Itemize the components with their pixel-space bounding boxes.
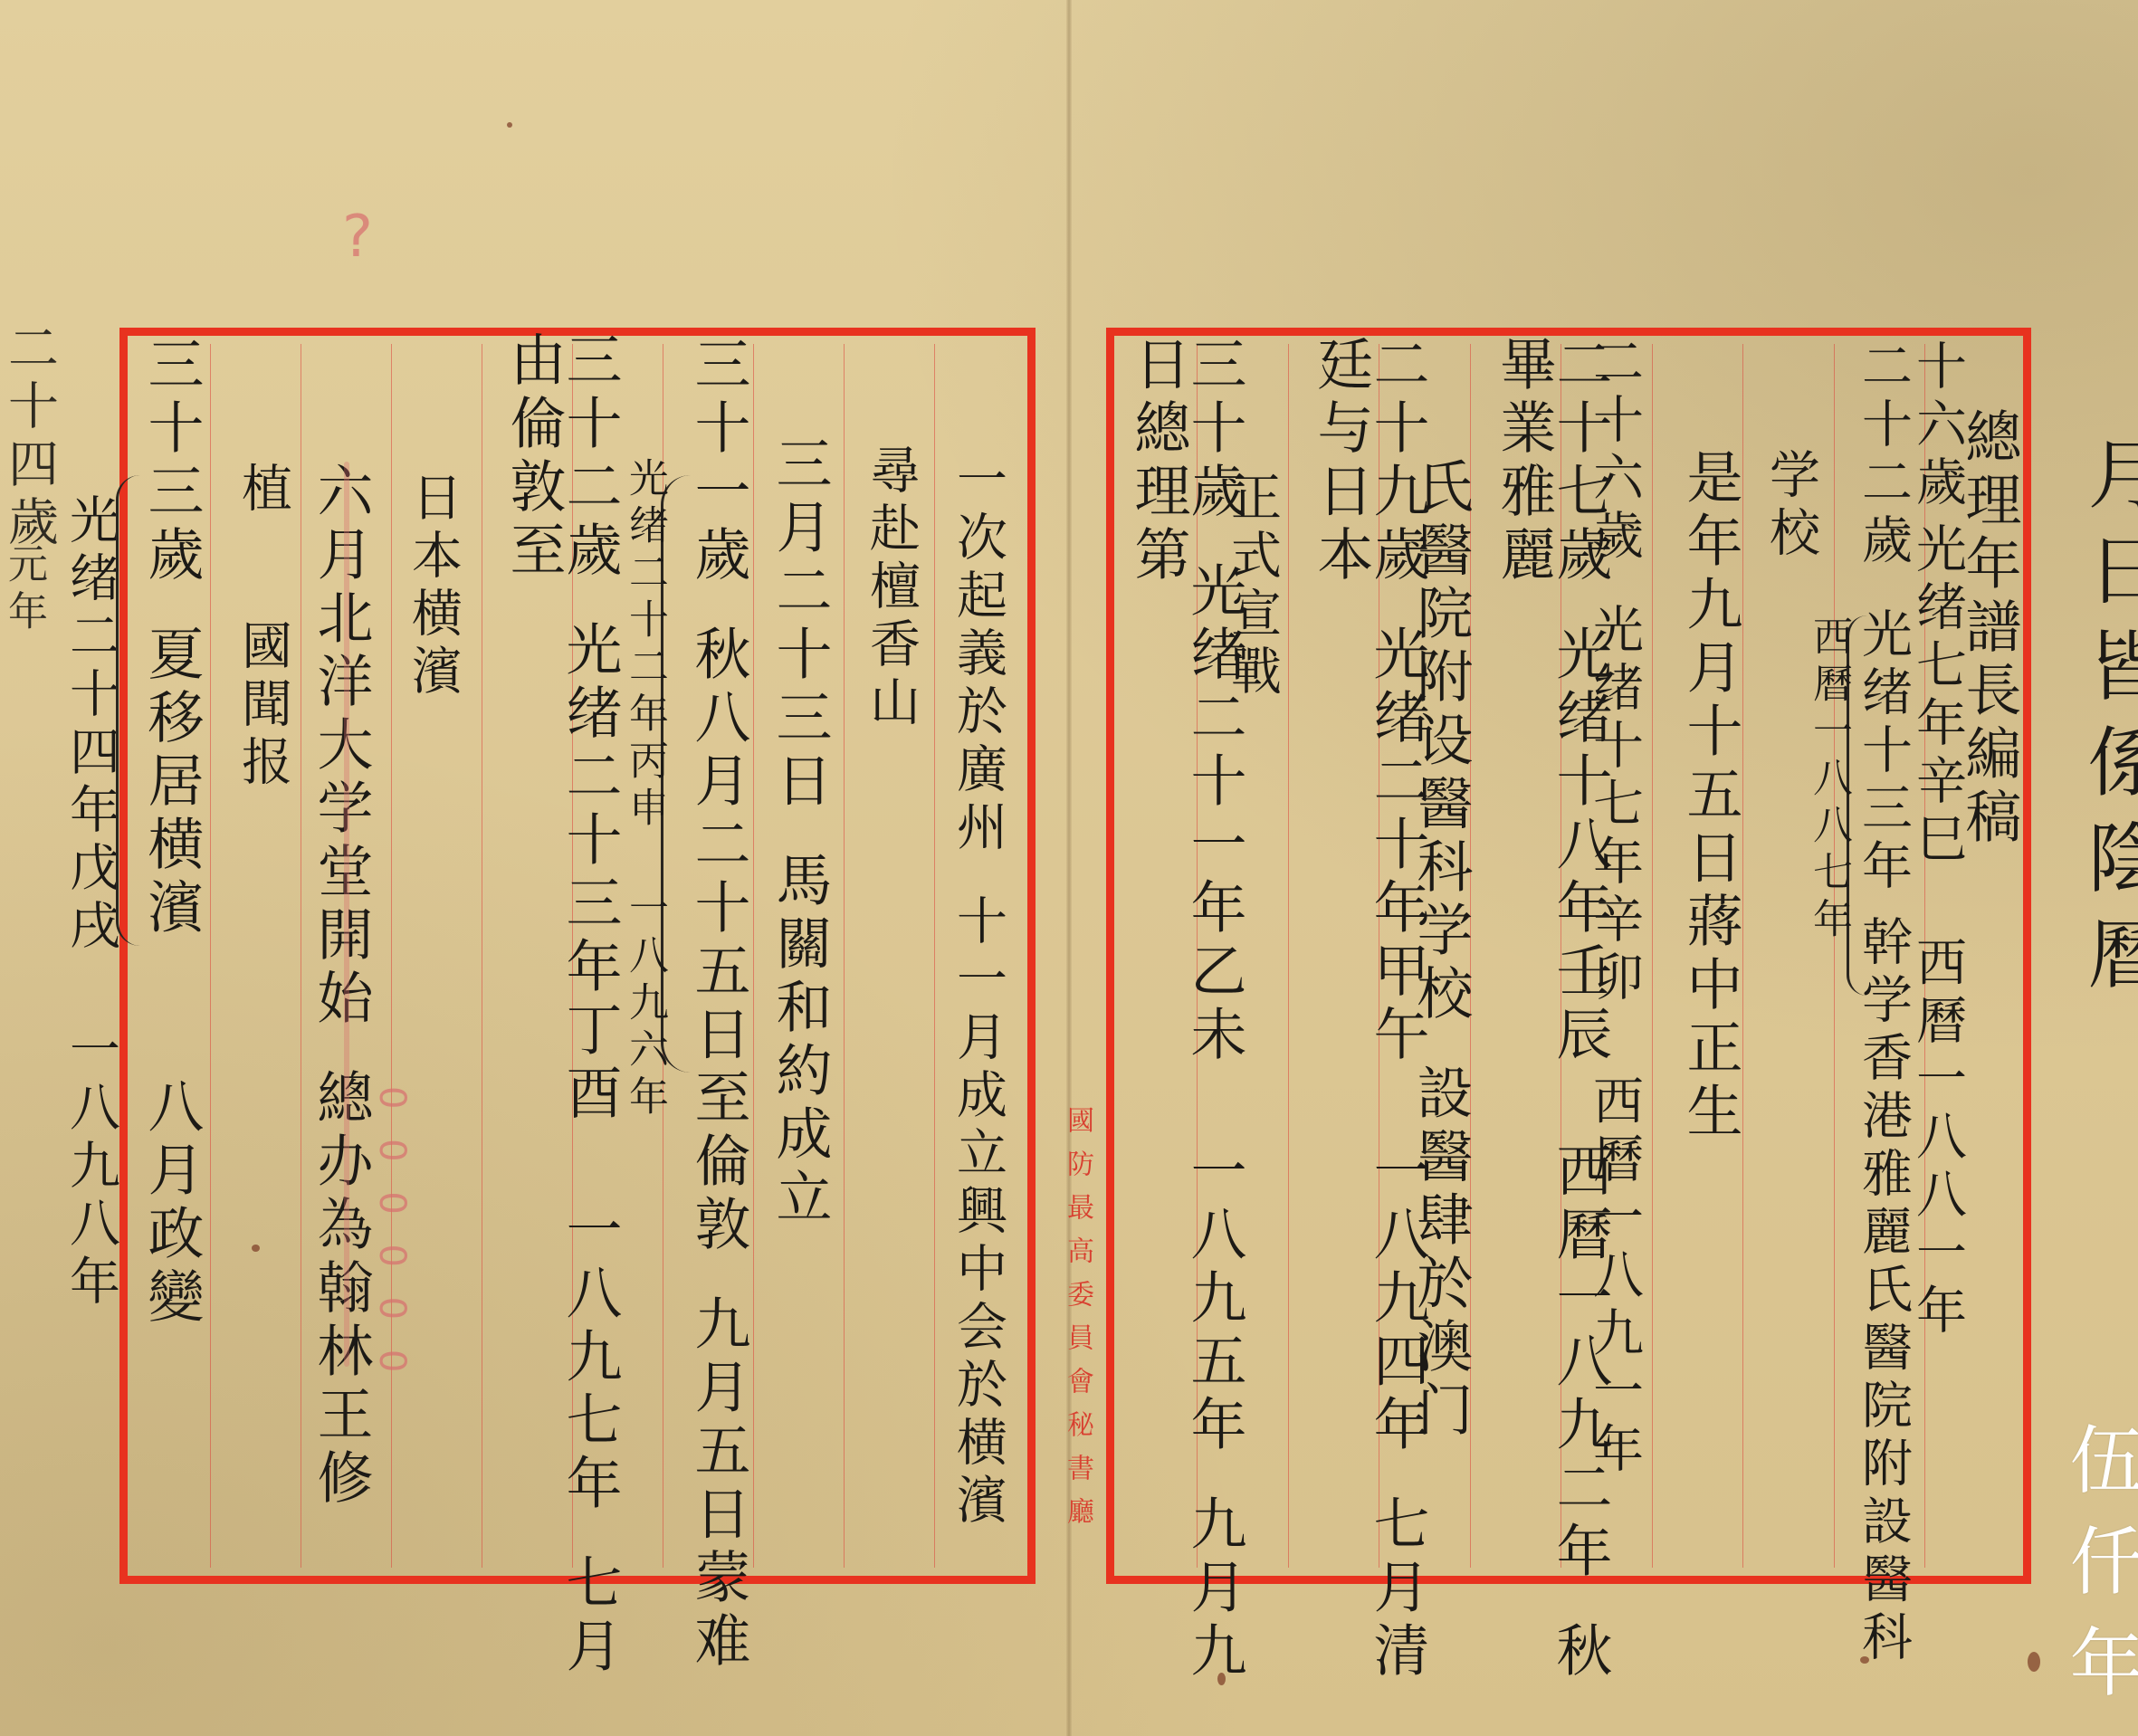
left-edge-text-2: 元年 — [4, 543, 43, 637]
column-rule — [1288, 344, 1289, 1568]
left-col-10: 三十三歲夏移居横濱八月政變 — [143, 335, 199, 1331]
pencil-line — [344, 462, 349, 1367]
column-rule — [844, 344, 845, 1568]
ink-stain — [252, 1245, 260, 1252]
right-col-12-text: 光绪二十一年乙未 一八九五年 — [1181, 561, 1247, 1458]
right-col-1-heading: 總理年譜長編稿 — [1961, 407, 2017, 851]
left-col-9: 植國聞报 — [237, 462, 288, 793]
left-edge-text: 二十四歲 — [4, 321, 54, 553]
right-col-12: 三十歲光绪二十一年乙未 一八九五年九月九日總理第 — [1130, 335, 1242, 1736]
column-rule — [1652, 344, 1653, 1568]
right-col-4: 西曆一八八七年 — [1809, 615, 1848, 945]
ministry-stamp-text: 國防最高委員會秘書廳 — [1057, 1106, 1097, 1540]
left-margin-year-column: 光绪二十四年戊戌 一八九八年 — [65, 493, 116, 1312]
left-col-8-text: 六月北洋大学堂開始 — [308, 462, 374, 1032]
column-rule — [301, 344, 301, 1568]
left-col-3-text2: 馬關和約成立 — [767, 851, 833, 1231]
pencil-question-mark: ? — [342, 204, 373, 271]
lunar-calendar-note: 月日皆係陰曆 — [2066, 434, 2138, 1010]
left-col-8-text2: 總办為翰林王修 — [308, 1068, 374, 1512]
left-col-3-text: 三月二十三日 — [767, 434, 833, 815]
left-col-6-text: 光绪二十三年丁酉 一八九七年 — [557, 620, 623, 1517]
right-col-5: 学校 — [1765, 448, 1816, 564]
right-col-3-text2: 幹学香港雅麗氏醫院附設醫科 — [1854, 915, 1913, 1668]
left-col-4-text: 秋八月二十五日至倫敦 — [685, 625, 751, 1258]
right-col-3: 二十二歲光绪十三年幹学香港雅麗氏醫院附設醫科 — [1857, 339, 1908, 1668]
ink-stain — [1217, 1673, 1226, 1685]
ink-stain — [2028, 1652, 2040, 1672]
age-label: 二十二歲 — [1854, 339, 1913, 571]
left-col-2: 尋赴檀香山 — [865, 444, 916, 733]
column-rule — [482, 344, 482, 1568]
left-col-9-text: 植 — [234, 462, 292, 520]
right-col-10-text: 光绪二十年甲午 一八九四年 — [1364, 625, 1430, 1458]
left-col-4-text2: 九月五日蒙难 — [685, 1294, 751, 1674]
column-rule — [1834, 344, 1835, 1568]
column-rule — [210, 344, 211, 1568]
right-col-10: 二十九歲光绪二十年甲午 一八九四年七月清廷与日本 — [1312, 335, 1425, 1736]
age-label: 三十三歲 — [138, 335, 205, 588]
left-col-10-text2: 八月政變 — [138, 1077, 205, 1331]
ink-stain — [1860, 1656, 1869, 1664]
right-col-6: 是年九月十五日蔣中正生 — [1682, 448, 1738, 1145]
bracket-mark — [116, 475, 140, 946]
pencil-circles: 0 0 0 0 0 0 — [371, 1086, 413, 1381]
right-col-2-text: 光绪七年辛巳 西曆一八八一年 — [1908, 522, 1967, 1341]
left-col-10-text: 夏移居横濱 — [138, 625, 205, 941]
column-rule — [391, 344, 392, 1568]
left-col-5: 光绪二十二年丙申 一八九六年 — [625, 457, 664, 1122]
column-rule — [934, 344, 935, 1568]
age-label: 三十一歲 — [685, 335, 751, 588]
watermark-text: 伍仟年 — [2047, 1421, 2138, 1725]
left-col-3: 三月二十三日馬關和約成立 — [771, 434, 827, 1231]
ink-stain — [507, 122, 512, 128]
right-col-8: 二十七歲光绪十八年壬辰 西曆一八九二年秋畢業雅麗 — [1495, 335, 1608, 1736]
left-col-6: 三十二歲光绪二十三年丁酉 一八九七年七月由倫敦至 — [505, 330, 617, 1736]
right-col-8-text: 光绪十八年壬辰 西曆一八九二年 — [1547, 625, 1613, 1585]
right-col-2: 十六歲光绪七年辛巳 西曆一八八一年 — [1912, 339, 1962, 1341]
left-col-1: 一次起義於廣州十一月成立興中会於横濱 — [952, 453, 1003, 1531]
age-label: 十六歲 — [1908, 339, 1967, 513]
left-col-4: 三十一歲秋八月二十五日至倫敦九月五日蒙难 — [690, 335, 746, 1674]
left-col-9-text2: 國聞报 — [234, 619, 292, 793]
left-col-7: 日本横濱 — [407, 471, 458, 702]
left-col-1-text2: 十一月成立興中会於横濱 — [949, 894, 1007, 1531]
column-rule — [753, 344, 754, 1568]
left-col-1-text: 一次起義於廣州 — [949, 453, 1007, 858]
left-col-8: 六月北洋大学堂開始總办為翰林王修 — [312, 462, 368, 1512]
